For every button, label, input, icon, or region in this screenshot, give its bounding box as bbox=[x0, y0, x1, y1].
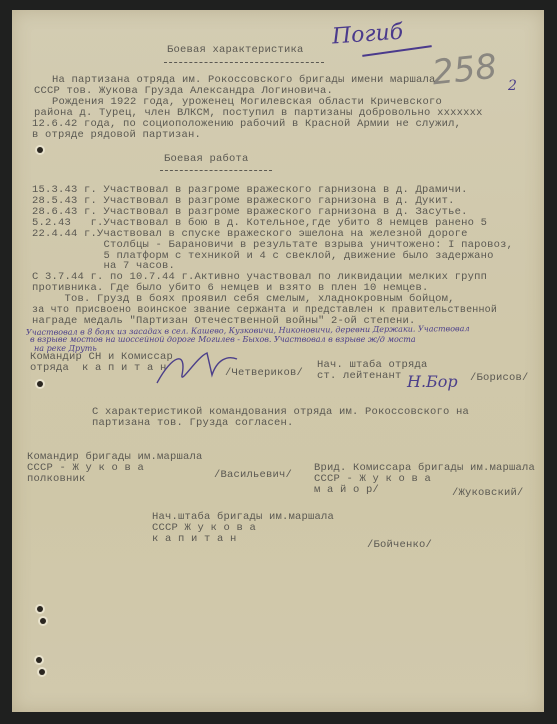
agreement-line: партизана тов. Грузда согласен. bbox=[92, 418, 294, 429]
binder-hole bbox=[37, 606, 43, 612]
brigade-chief-rank: к а п и т а н bbox=[152, 534, 237, 545]
detachment-commander-name: /Четвериков/ bbox=[225, 368, 303, 379]
stamp-underline bbox=[362, 45, 432, 57]
section-underline bbox=[160, 170, 272, 171]
handwritten-insert-line: в взрыве мостов на шоссейной дороге Моги… bbox=[30, 335, 416, 344]
brigade-chief-name: /Бойченко/ bbox=[367, 540, 432, 551]
detachment-commander-rank: отряда к а п и т а н bbox=[30, 363, 167, 374]
combat-entry: Тов. Грузд в боях проявил себя смелым, х… bbox=[32, 294, 455, 305]
binder-hole bbox=[37, 381, 43, 387]
brigade-commander-name: /Васильевич/ bbox=[214, 470, 292, 481]
binder-hole bbox=[36, 657, 42, 663]
detachment-chief-rank: ст. лейтенант bbox=[317, 371, 402, 382]
brigade-commissar-name: /Жуковский/ bbox=[452, 488, 524, 499]
binder-hole bbox=[39, 669, 45, 675]
document-title: Боевая характеристика bbox=[167, 45, 304, 56]
corner-mark: 2 bbox=[508, 78, 517, 94]
section-title: Боевая работа bbox=[164, 154, 249, 165]
brigade-commander-rank: полковник bbox=[27, 474, 86, 485]
detachment-chief-name: /Борисов/ bbox=[470, 373, 529, 384]
title-underline bbox=[164, 62, 324, 63]
binder-hole bbox=[37, 147, 43, 153]
intro-line: в отряде рядовой партизан. bbox=[32, 130, 201, 141]
document-page: Погиб 258 2 Боевая характеристика На пар… bbox=[12, 10, 544, 712]
binder-hole bbox=[40, 618, 46, 624]
stamp-word-annotation: Погиб bbox=[331, 20, 404, 50]
brigade-commissar-rank: м а й о р/ bbox=[314, 485, 379, 496]
page-number: 258 bbox=[430, 47, 499, 94]
chief-signature: Н.Бор bbox=[407, 372, 458, 391]
